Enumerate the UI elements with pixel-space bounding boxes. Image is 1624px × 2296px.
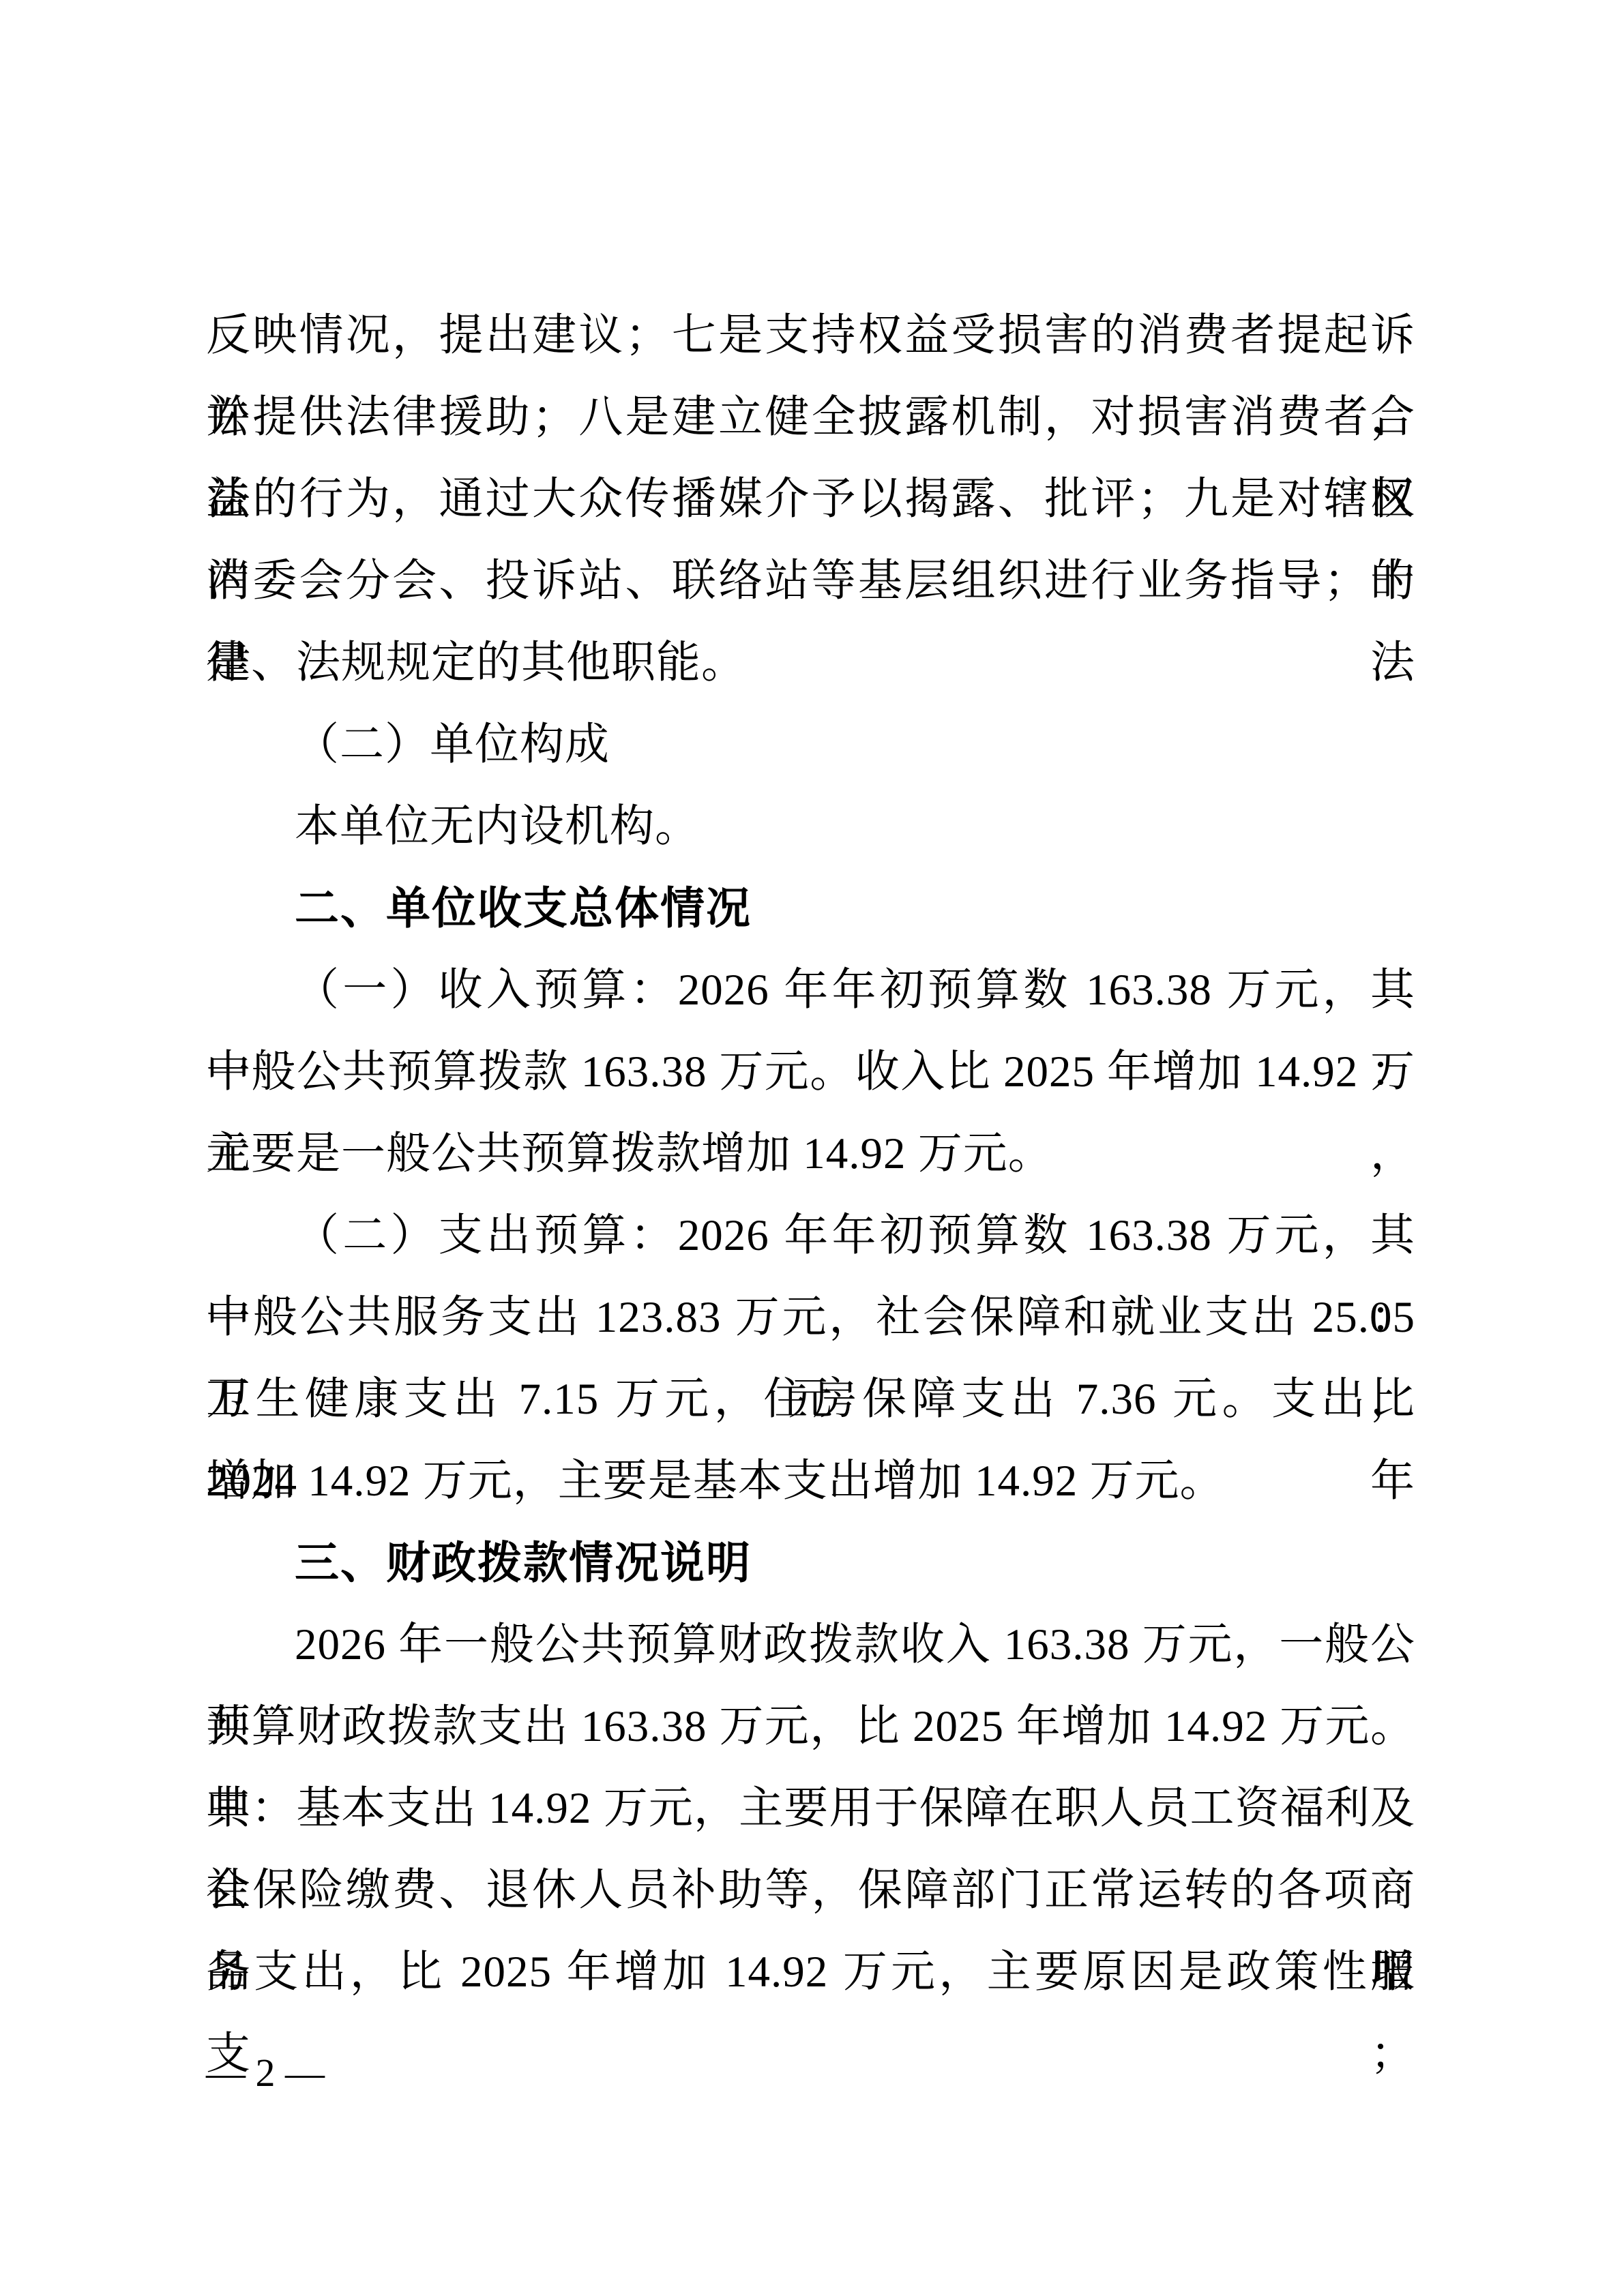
body-text-line: 益的行为，通过大众传播媒介予以揭露、批评；九是对辖区内的 <box>206 458 1415 540</box>
body-text-line: 预算财政拨款支出 163.38 万元，比 2025 年增加 14.92 万元。其 <box>206 1686 1415 1768</box>
body-text-line: （二）支出预算：2026 年年初预算数 163.38 万元，其中： <box>206 1195 1415 1277</box>
body-text-line: 会保险缴费、退休人员补助等，保障部门正常运转的各项商品服 <box>206 1849 1415 1931</box>
body-text-line: 消委会分会、投诉站、联络站等基层组织进行业务指导；十是法 <box>206 540 1415 622</box>
body-text-line: 务支出，比 2025 年增加 14.92 万元，主要原因是政策性增支； <box>206 1931 1415 2013</box>
page-number: — 2 — <box>206 2051 325 2095</box>
document-page: 反映情况，提出建议；七是支持权益受损害的消费者提起诉讼，并提供法律援助；八是建立… <box>0 0 1624 2296</box>
body-text-line: 2026 年一般公共预算财政拨款收入 163.38 万元，一般公共 <box>206 1604 1415 1686</box>
body-text-line: （二）单位构成 <box>206 704 1415 786</box>
body-text-line: 并提供法律援助；八是建立健全披露机制，对损害消费者合法权 <box>206 376 1415 458</box>
document-body: 反映情况，提出建议；七是支持权益受损害的消费者提起诉讼，并提供法律援助；八是建立… <box>206 295 1415 2013</box>
body-text-line: 卫生健康支出 7.15 万元，住房保障支出 7.36 元。支出比 2024 年 <box>206 1358 1415 1440</box>
page-footer: — 2 — <box>206 2046 325 2100</box>
body-text-line: 反映情况，提出建议；七是支持权益受损害的消费者提起诉讼， <box>206 295 1415 376</box>
body-text-line: 一般公共预算拨款 163.38 万元。收入比 2025 年增加 14.92 万元… <box>206 1031 1415 1113</box>
body-text-line: （一）收入预算：2026 年年初预算数 163.38 万元，其中： <box>206 949 1415 1031</box>
body-text-line: 本单位无内设机构。 <box>206 786 1415 867</box>
body-text-line: 一般公共服务支出 123.83 万元，社会保障和就业支出 25.05 万元， <box>206 1277 1415 1358</box>
body-text-line: 中：基本支出 14.92 万元，主要用于保障在职人员工资福利及社 <box>206 1768 1415 1849</box>
section-heading: 三、财政拨款情况说明 <box>206 1522 1415 1604</box>
section-heading: 二、单位收支总体情况 <box>206 867 1415 949</box>
